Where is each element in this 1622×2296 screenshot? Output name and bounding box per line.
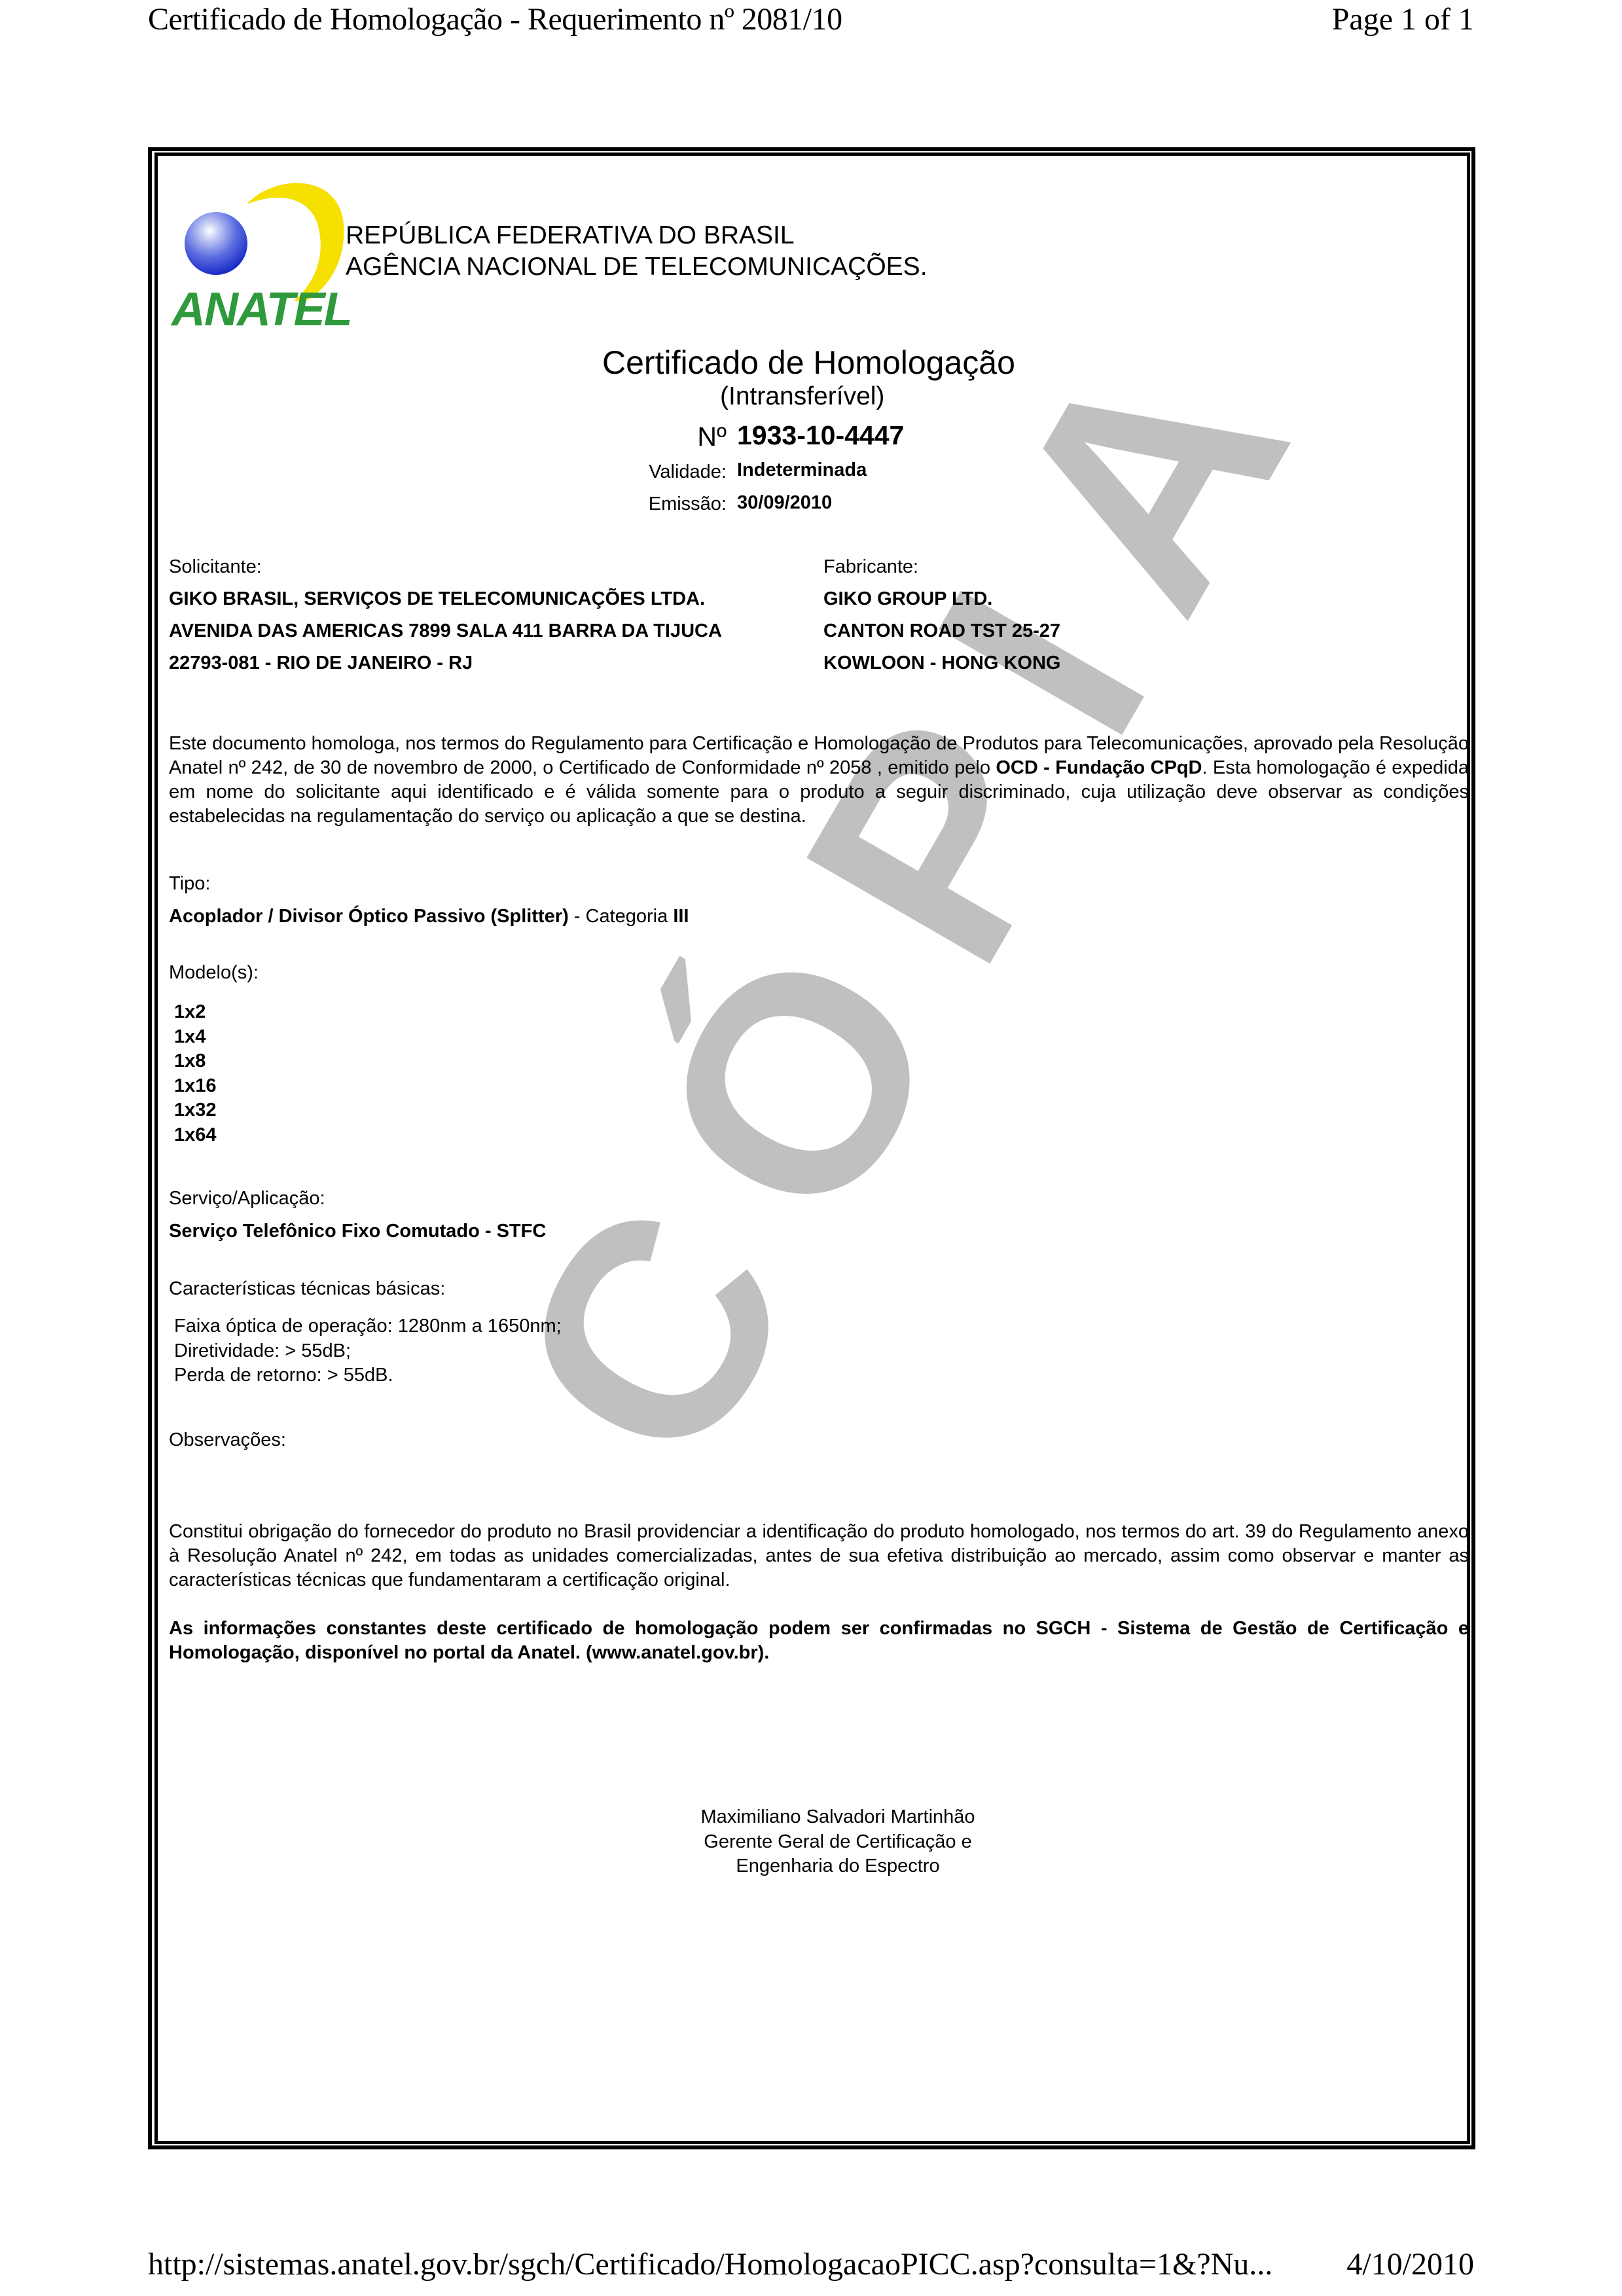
characteristic-item: Perda de retorno: > 55dB.: [174, 1363, 562, 1388]
signatory-name: Maximiliano Salvadori Martinhão: [589, 1805, 1087, 1830]
product-type: Acoplador / Divisor Óptico Passivo (Spli…: [169, 906, 569, 927]
type-value: Acoplador / Divisor Óptico Passivo (Spli…: [169, 906, 689, 927]
print-header-title: Certificado de Homologação - Requeriment…: [148, 1, 842, 37]
agency-heading: REPÚBLICA FEDERATIVA DO BRASIL AGÊNCIA N…: [346, 220, 928, 283]
observations-label: Observações:: [169, 1429, 286, 1451]
applicant-label: Solicitante:: [169, 551, 722, 583]
model-item: 1x16: [174, 1074, 217, 1099]
model-item: 1x2: [174, 1000, 217, 1025]
print-footer-url: http://sistemas.anatel.gov.br/sgch/Certi…: [148, 2246, 1272, 2282]
applicant-block: Solicitante: GIKO BRASIL, SERVIÇOS DE TE…: [169, 551, 722, 679]
manufacturer-name: GIKO GROUP LTD.: [823, 583, 1060, 615]
service-label: Serviço/Aplicação:: [169, 1188, 325, 1210]
signatory-title-line2: Engenharia do Espectro: [589, 1854, 1087, 1879]
logo-sphere-icon: [185, 212, 247, 275]
models-list: 1x2 1x4 1x8 1x16 1x32 1x64: [174, 1000, 217, 1147]
service-value: Serviço Telefônico Fixo Comutado - STFC: [169, 1221, 546, 1242]
characteristic-item: Faixa óptica de operação: 1280nm a 1650n…: [174, 1314, 562, 1339]
signature-block: Maximiliano Salvadori Martinhão Gerente …: [589, 1805, 1087, 1879]
agency-line-republic: REPÚBLICA FEDERATIVA DO BRASIL: [346, 220, 928, 251]
print-footer-date: 4/10/2010: [1346, 2246, 1474, 2282]
certifying-body: OCD - Fundação CPqD: [996, 757, 1202, 778]
certificate-title: Certificado de Homologação: [602, 344, 1028, 382]
logo-wordmark: ANATEL: [171, 283, 351, 336]
homologation-statement: Este documento homologa, nos termos do R…: [169, 732, 1469, 829]
model-item: 1x4: [174, 1025, 217, 1050]
technical-characteristics-label: Características técnicas básicas:: [169, 1278, 445, 1300]
supplier-obligation-text: Constitui obrigação do fornecedor do pro…: [169, 1520, 1469, 1592]
validity-value: Indeterminada: [737, 459, 867, 481]
manufacturer-label: Fabricante:: [823, 551, 1060, 583]
models-label: Modelo(s):: [169, 962, 259, 984]
category-label: - Categoria: [569, 906, 674, 927]
agency-line-anatel: AGÊNCIA NACIONAL DE TELECOMUNICAÇÕES.: [346, 251, 928, 283]
applicant-name: GIKO BRASIL, SERVIÇOS DE TELECOMUNICAÇÕE…: [169, 583, 722, 615]
category-value: III: [673, 906, 689, 927]
characteristic-item: Diretividade: > 55dB;: [174, 1339, 562, 1364]
print-page-number: Page 1 of 1: [1332, 1, 1474, 37]
manufacturer-city: KOWLOON - HONG KONG: [823, 647, 1060, 679]
manufacturer-block: Fabricante: GIKO GROUP LTD. CANTON ROAD …: [823, 551, 1060, 679]
anatel-logo: ANATEL: [171, 171, 342, 335]
technical-characteristics-list: Faixa óptica de operação: 1280nm a 1650n…: [174, 1314, 562, 1388]
sgch-notice: As informações constantes deste certific…: [169, 1617, 1469, 1665]
certificate-number: 1933-10-4447: [737, 420, 904, 451]
issue-date-value: 30/09/2010: [737, 492, 832, 514]
certificate-subtitle: (Intransferível): [720, 382, 884, 411]
model-item: 1x64: [174, 1123, 217, 1148]
certificate-number-label: Nº: [697, 422, 727, 452]
validity-label: Validade:: [649, 461, 727, 483]
applicant-city: 22793-081 - RIO DE JANEIRO - RJ: [169, 647, 722, 679]
model-item: 1x32: [174, 1098, 217, 1123]
manufacturer-address: CANTON ROAD TST 25-27: [823, 615, 1060, 647]
applicant-address: AVENIDA DAS AMERICAS 7899 SALA 411 BARRA…: [169, 615, 722, 647]
signatory-title-line1: Gerente Geral de Certificação e: [589, 1830, 1087, 1855]
type-label: Tipo:: [169, 873, 210, 895]
model-item: 1x8: [174, 1049, 217, 1074]
issue-date-label: Emissão:: [649, 493, 727, 515]
